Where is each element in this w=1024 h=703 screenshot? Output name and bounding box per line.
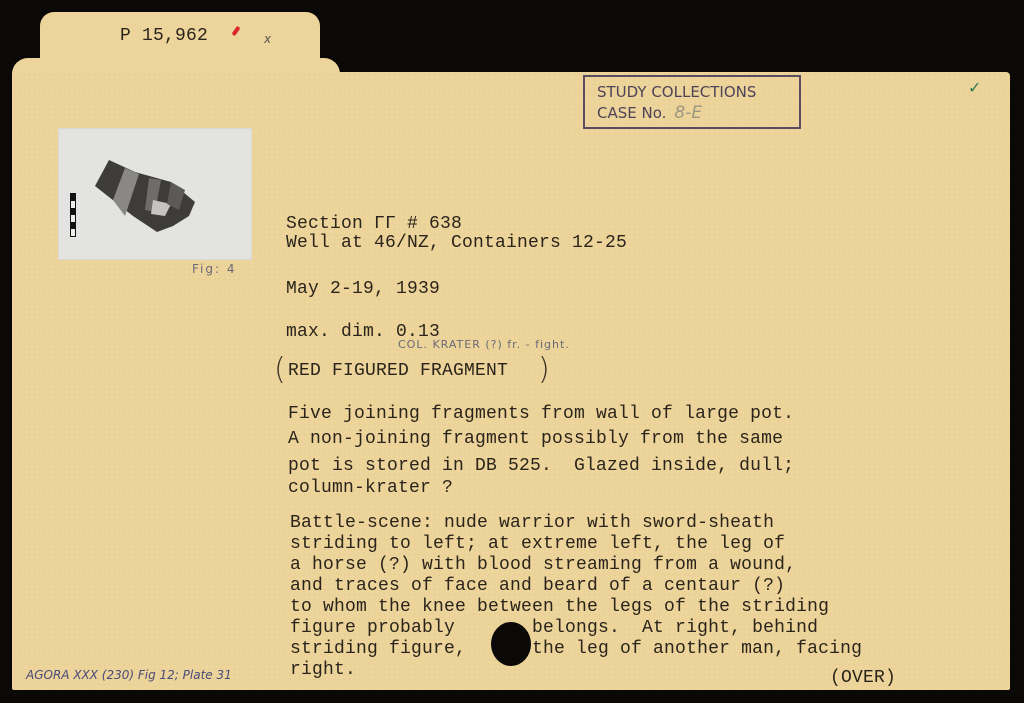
description-line: A non-joining fragment possibly from the… bbox=[288, 427, 794, 452]
stamp-case-label: CASE No. bbox=[597, 104, 666, 122]
card-tab-shoulder bbox=[12, 58, 52, 74]
stamp-case-value: 8-E bbox=[674, 103, 702, 123]
tab-pencil-mark: x bbox=[264, 32, 271, 46]
check-mark-icon: ✓ bbox=[968, 78, 981, 97]
classification: RED FIGURED FRAGMENT bbox=[288, 361, 508, 381]
pottery-sherd-image bbox=[95, 160, 198, 232]
section-number: Section ΓΓ # 638 bbox=[286, 214, 462, 234]
photo-scale-bar bbox=[70, 193, 76, 237]
description-line: Battle-scene: nude warrior with sword-sh… bbox=[290, 513, 862, 534]
description-line: figure probably belongs. At right, behin… bbox=[290, 618, 862, 639]
excavation-date: May 2-19, 1939 bbox=[286, 279, 440, 299]
photo-caption: Fig: 4 bbox=[192, 262, 236, 276]
study-collections-stamp: STUDY COLLECTIONS CASE No.8-E bbox=[583, 75, 801, 129]
description-line: a horse (?) with blood streaming from a … bbox=[290, 555, 862, 576]
description-line: column-krater ? bbox=[288, 476, 794, 501]
description-line: to whom the knee between the legs of the… bbox=[290, 597, 862, 618]
publication-note: AGORA XXX (230) Fig 12; Plate 31 bbox=[26, 668, 232, 682]
card-tab-shoulder bbox=[300, 58, 340, 74]
stamp-title: STUDY COLLECTIONS bbox=[597, 82, 799, 103]
description-paragraph-2: Battle-scene: nude warrior with sword-sh… bbox=[290, 513, 862, 681]
over-label: (OVER) bbox=[830, 668, 896, 688]
description-line: and traces of face and beard of a centau… bbox=[290, 576, 862, 597]
inventory-number: P 15,962 bbox=[120, 26, 208, 46]
close-parenthesis: ) bbox=[538, 352, 550, 387]
description-line: Five joining fragments from wall of larg… bbox=[288, 402, 794, 427]
find-location: Well at 46/NZ, Containers 12-25 bbox=[286, 233, 627, 253]
description-line: striding to left; at extreme left, the l… bbox=[290, 534, 862, 555]
pencil-annotation: COL. KRATER (?) fr. - fight. bbox=[398, 338, 570, 351]
description-line: right. bbox=[290, 660, 862, 681]
description-line: striding figure, the leg of another man,… bbox=[290, 639, 862, 660]
stamp-case-row: CASE No.8-E bbox=[597, 103, 799, 124]
open-parenthesis: ( bbox=[274, 352, 286, 387]
description-paragraph-1: Five joining fragments from wall of larg… bbox=[288, 402, 794, 500]
punch-hole bbox=[491, 622, 531, 666]
